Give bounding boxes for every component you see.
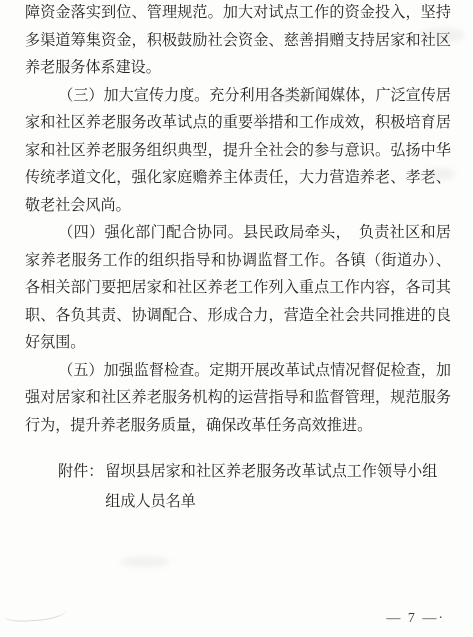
- attachment-title-line-2: 组成人员名单: [105, 487, 437, 517]
- document-page: 障资金落实到位、管理规范。加大对试点工作的资金投入，坚持多渠道筹集资金，积极鼓励…: [0, 0, 473, 637]
- body-paragraph-item-4: （四）强化部门配合协同。县民政局牵头， 负责社区和居家养老服务工作的组织指导和协…: [25, 220, 451, 358]
- attachment-title: 留坝县居家和社区养老服务改革试点工作领导小组 组成人员名单: [105, 457, 437, 517]
- attachment-note: 附件： 留坝县居家和社区养老服务改革试点工作领导小组 组成人员名单: [58, 457, 451, 517]
- body-paragraph-item-3: （三）加大宣传力度。充分利用各类新闻媒体，广泛宣传居家和社区养老服务改革试点的重…: [25, 83, 451, 221]
- document-body: 障资金落实到位、管理规范。加大对试点工作的资金投入，坚持多渠道筹集资金，积极鼓励…: [25, 0, 451, 517]
- page-number: — 7 —·: [386, 611, 445, 627]
- body-paragraph-continuation: 障资金落实到位、管理规范。加大对试点工作的资金投入，坚持多渠道筹集资金，积极鼓励…: [25, 0, 451, 83]
- body-paragraph-item-5: （五）加强监督检查。定期开展改革试点情况督促检查，加强对居家和社区养老服务机构的…: [25, 358, 451, 441]
- attachment-label: 附件：: [58, 457, 103, 517]
- scan-smudge: [120, 557, 170, 567]
- scan-corner-artifact: [3, 602, 66, 623]
- attachment-title-line-1: 留坝县居家和社区养老服务改革试点工作领导小组: [105, 457, 437, 487]
